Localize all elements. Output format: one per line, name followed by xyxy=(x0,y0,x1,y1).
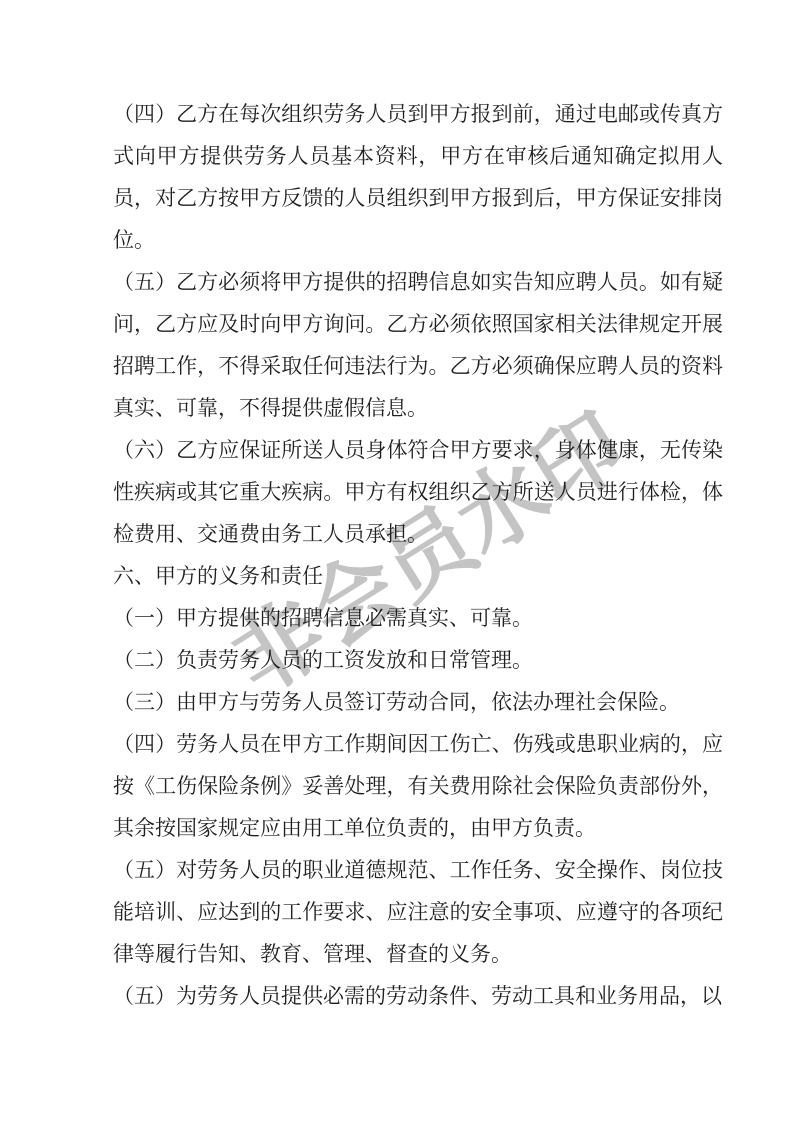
contract-clause: （一）甲方提供的招聘信息必需真实、可靠。 xyxy=(113,597,723,639)
contract-clause: （四）劳务人员在甲方工作期间因工伤亡、伤残或患职业病的，应按《工伤保险条例》妥善… xyxy=(113,723,723,849)
contract-clause: （六）乙方应保证所送人员身体符合甲方要求，身体健康，无传染性疾病或其它重大疾病。… xyxy=(113,429,723,555)
document-body: （四）乙方在每次组织劳务人员到甲方报到前，通过电邮或传真方式向甲方提供劳务人员基… xyxy=(113,93,723,1017)
contract-clause: （四）乙方在每次组织劳务人员到甲方报到前，通过电邮或传真方式向甲方提供劳务人员基… xyxy=(113,93,723,261)
contract-clause: （五）乙方必须将甲方提供的招聘信息如实告知应聘人员。如有疑问，乙方应及时向甲方询… xyxy=(113,261,723,429)
contract-clause: （五）为劳务人员提供必需的劳动条件、劳动工具和业务用品，以 xyxy=(113,975,723,1017)
section-heading: 六、甲方的义务和责任 xyxy=(113,555,723,597)
document-page: 非会员水印 （四）乙方在每次组织劳务人员到甲方报到前，通过电邮或传真方式向甲方提… xyxy=(0,0,800,1131)
contract-clause: （二）负责劳务人员的工资发放和日常管理。 xyxy=(113,639,723,681)
contract-clause: （三）由甲方与劳务人员签订劳动合同，依法办理社会保险。 xyxy=(113,681,723,723)
contract-clause: （五）对劳务人员的职业道德规范、工作任务、安全操作、岗位技能培训、应达到的工作要… xyxy=(113,849,723,975)
